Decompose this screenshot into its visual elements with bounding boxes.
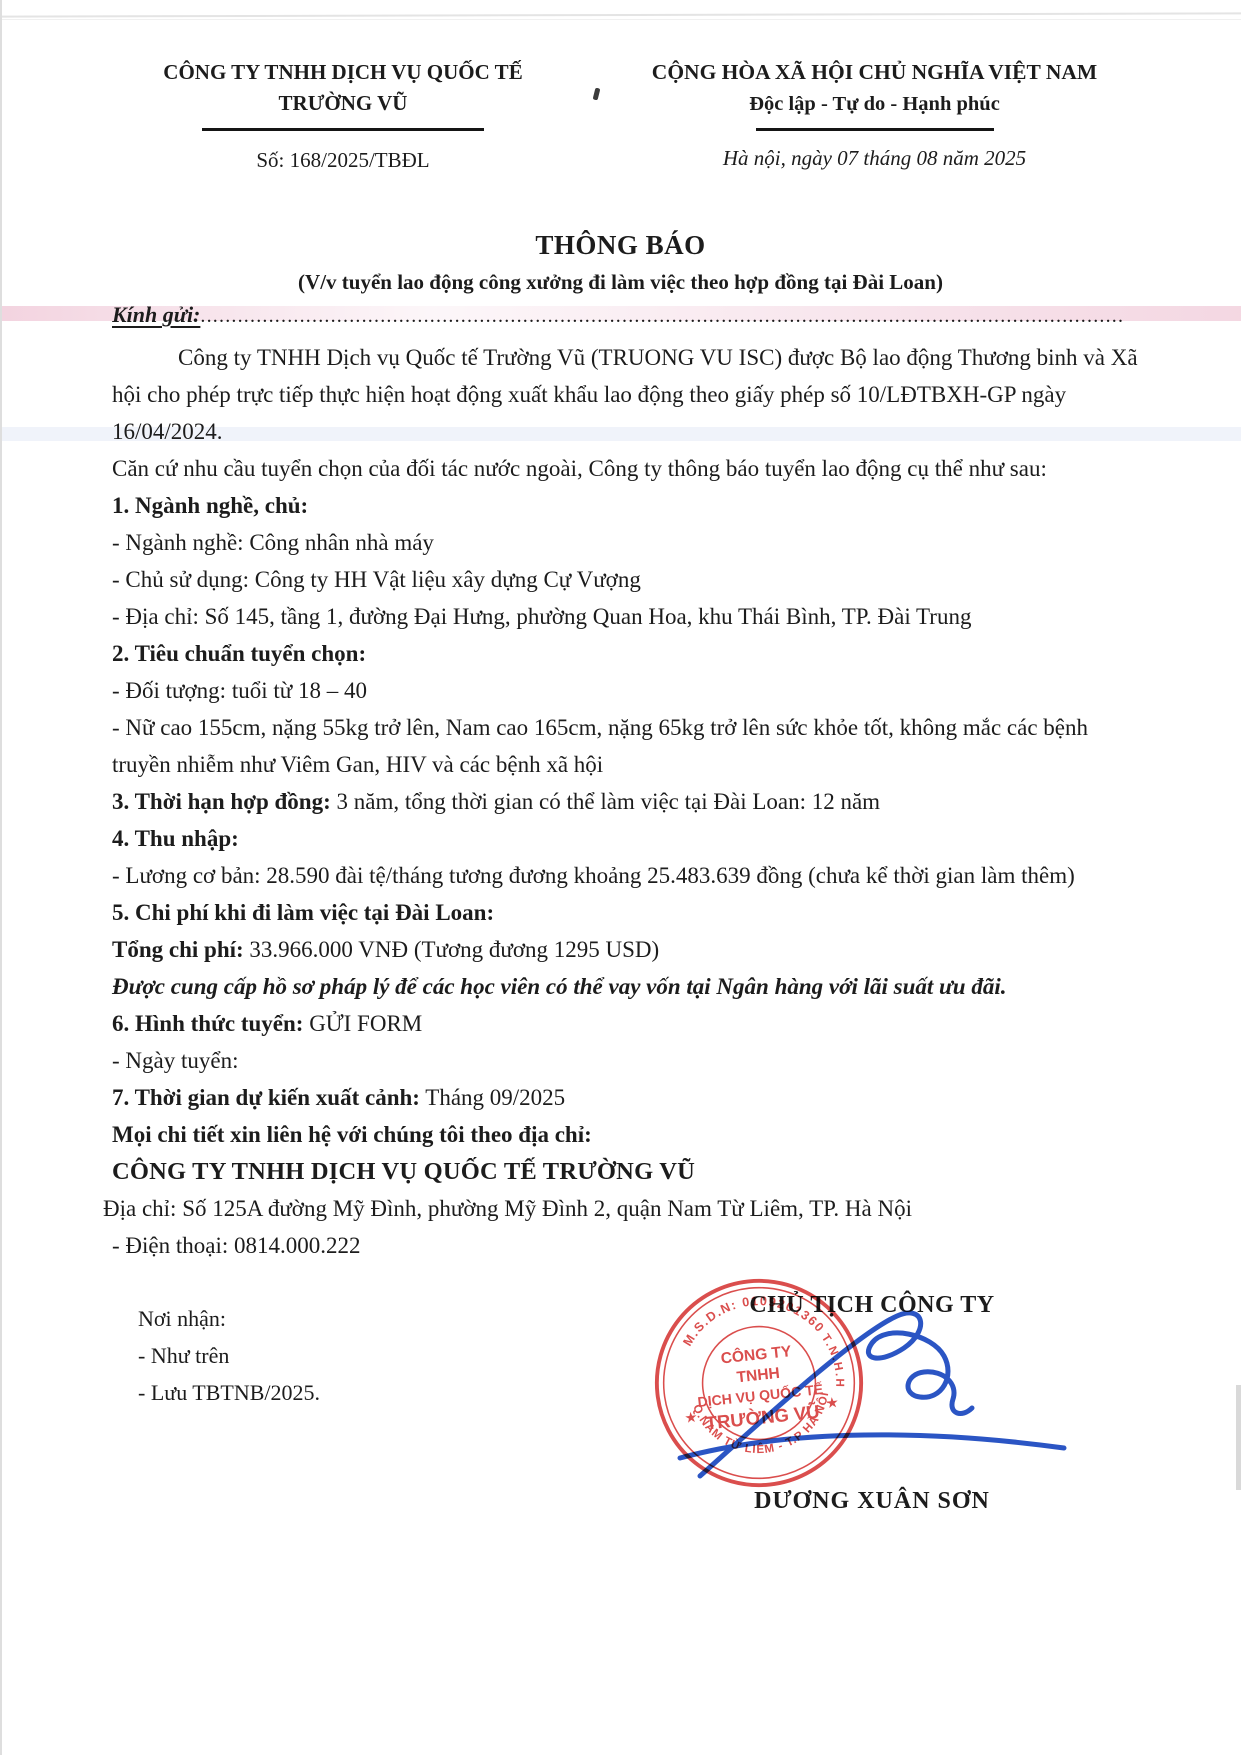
header-divider-rule bbox=[202, 128, 484, 131]
national-title: CỘNG HÒA XÃ HỘI CHỦ NGHĨA VIỆT NAM bbox=[578, 58, 1171, 86]
section-heading: 2. Tiêu chuẩn tuyển chọn: bbox=[112, 635, 1142, 672]
recipients-block: Nơi nhận: - Như trên - Lưu TBTNB/2025. bbox=[138, 1300, 320, 1411]
recipients-label: Nơi nhận: bbox=[138, 1300, 320, 1337]
document-title: THÔNG BÁO bbox=[0, 228, 1241, 262]
signature-stroke bbox=[700, 1313, 972, 1476]
body-line: - Nữ cao 155cm, nặng 55kg trở lên, Nam c… bbox=[112, 709, 1142, 783]
national-motto-block: CỘNG HÒA XÃ HỘI CHỦ NGHĨA VIỆT NAM Độc l… bbox=[578, 58, 1241, 173]
title-block: THÔNG BÁO (V/v tuyển lao động công xưởng… bbox=[0, 228, 1241, 295]
body-line: - Ngành nghề: Công nhân nhà máy bbox=[112, 524, 1142, 561]
body-paragraph: Căn cứ nhu cầu tuyển chọn của đối tác nư… bbox=[112, 450, 1142, 487]
scan-artifact-line bbox=[0, 19, 1241, 20]
recipients-item: - Lưu TBTNB/2025. bbox=[138, 1374, 320, 1411]
company-name-line2: TRƯỜNG VŨ bbox=[108, 89, 578, 117]
recipients-item: - Như trên bbox=[138, 1337, 320, 1374]
contact-phone-line: - Điện thoại: 0814.000.222 bbox=[112, 1227, 1142, 1264]
body-line: - Ngày tuyển: bbox=[112, 1042, 1142, 1079]
signer-name: DƯƠNG XUÂN SƠN bbox=[688, 1488, 1056, 1515]
emphasis-line: Được cung cấp hồ sơ pháp lý để các học v… bbox=[112, 968, 1142, 1005]
page-edge-shadow bbox=[1236, 1385, 1241, 1490]
document-number: Số: 168/2025/TBĐL bbox=[108, 148, 578, 173]
issue-date: Hà nội, ngày 07 tháng 08 năm 2025 bbox=[578, 146, 1171, 171]
salutation-line: Kính gửi: ..............................… bbox=[112, 302, 1122, 328]
scan-artifact-line bbox=[0, 12, 1241, 17]
section-heading: 6. Hình thức tuyển: GỬI FORM bbox=[112, 1005, 1142, 1042]
salutation-label: Kính gửi: bbox=[112, 302, 200, 328]
section-heading: 4. Thu nhập: bbox=[112, 820, 1142, 857]
company-name-line1: CÔNG TY TNHH DỊCH VỤ QUỐC TẾ bbox=[108, 58, 578, 86]
handwritten-signature bbox=[672, 1296, 1072, 1481]
header-divider-rule bbox=[756, 128, 994, 131]
document-body: Công ty TNHH Dịch vụ Quốc tế Trường Vũ (… bbox=[112, 339, 1142, 1264]
body-line: - Đối tượng: tuổi từ 18 – 40 bbox=[112, 672, 1142, 709]
contact-address-line: Địa chỉ: Số 125A đường Mỹ Đình, phường M… bbox=[103, 1190, 1142, 1227]
salutation-dotted-leader: ........................................… bbox=[200, 305, 1122, 328]
body-paragraph: Công ty TNHH Dịch vụ Quốc tế Trường Vũ (… bbox=[112, 339, 1142, 450]
contact-intro-line: Mọi chi tiết xin liên hệ với chúng tôi t… bbox=[112, 1116, 1142, 1153]
body-line: Tổng chi phí: 33.966.000 VNĐ (Tương đươn… bbox=[112, 931, 1142, 968]
body-line: - Lương cơ bản: 28.590 đài tệ/tháng tươn… bbox=[112, 857, 1142, 894]
body-line: - Chủ sử dụng: Công ty HH Vật liệu xây d… bbox=[112, 561, 1142, 598]
scanned-document-page: CÔNG TY TNHH DỊCH VỤ QUỐC TẾ TRƯỜNG VŨ S… bbox=[0, 0, 1241, 1755]
signature-underline-stroke bbox=[680, 1435, 1064, 1458]
body-line: - Địa chỉ: Số 145, tầng 1, đường Đại Hưn… bbox=[112, 598, 1142, 635]
national-motto: Độc lập - Tự do - Hạnh phúc bbox=[578, 91, 1171, 118]
section-heading: 7. Thời gian dự kiến xuất cảnh: Tháng 09… bbox=[112, 1079, 1142, 1116]
issuing-company-block: CÔNG TY TNHH DỊCH VỤ QUỐC TẾ TRƯỜNG VŨ S… bbox=[108, 58, 578, 173]
section-heading: 5. Chi phí khi đi làm việc tại Đài Loan: bbox=[112, 894, 1142, 931]
document-subtitle: (V/v tuyển lao động công xưởng đi làm vi… bbox=[0, 269, 1241, 295]
section-heading: 1. Ngành nghề, chủ: bbox=[112, 487, 1142, 524]
document-header: CÔNG TY TNHH DỊCH VỤ QUỐC TẾ TRƯỜNG VŨ S… bbox=[0, 58, 1241, 173]
section-heading: 3. Thời hạn hợp đồng: 3 năm, tổng thời g… bbox=[112, 783, 1142, 820]
contact-company-name: CÔNG TY TNHH DỊCH VỤ QUỐC TẾ TRƯỜNG VŨ bbox=[112, 1153, 1142, 1190]
